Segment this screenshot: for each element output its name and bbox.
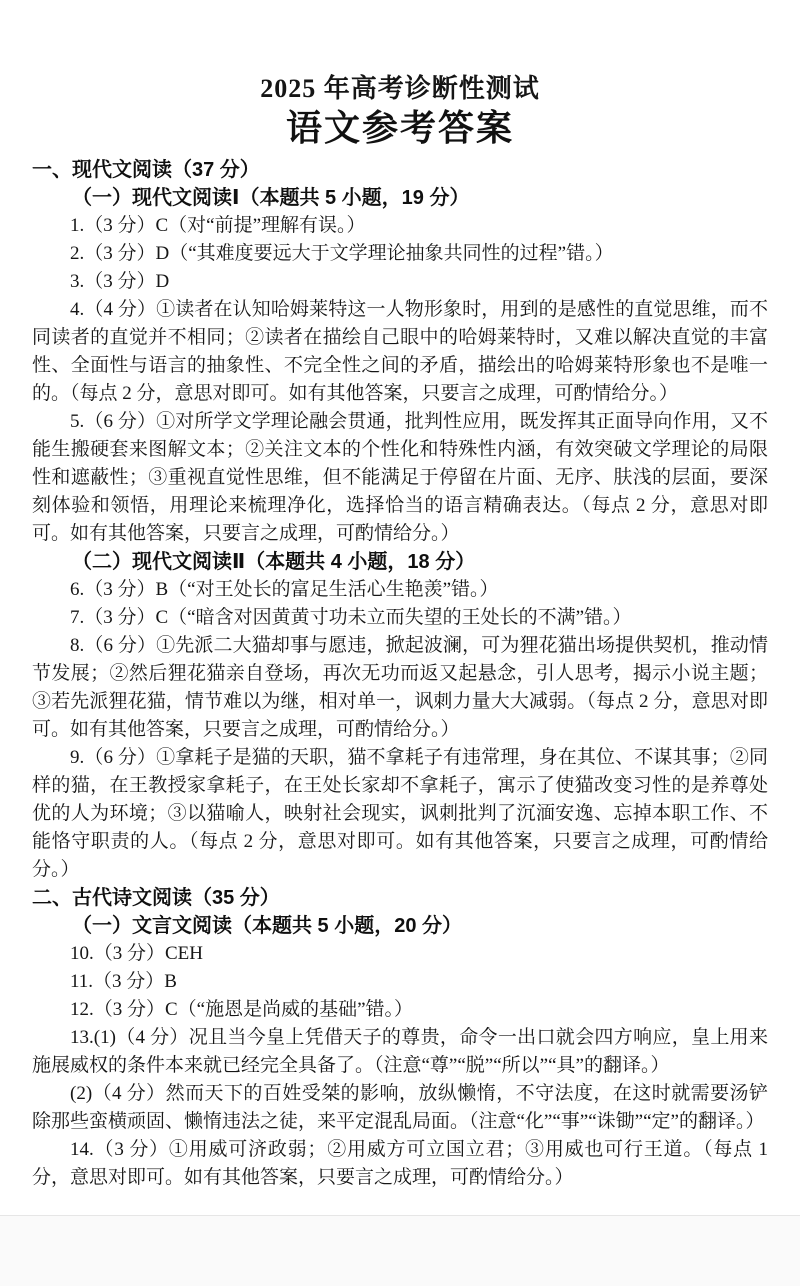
answer-item-4: 4.（4 分）①读者在认知哈姆莱特这一人物形象时，用到的是感性的直觉思维，而不同… bbox=[32, 296, 768, 408]
answer-item-9: 9.（6 分）①拿耗子是猫的天职，猫不拿耗子有违常理，身在其位、不谋其事；②同样… bbox=[32, 744, 768, 884]
doc-subtitle: 语文参考答案 bbox=[32, 106, 768, 150]
answer-item-3: 3.（3 分）D bbox=[32, 268, 768, 296]
subsection-heading-modern-reading-1: （一）现代文阅读Ⅰ（本题共 5 小题，19 分） bbox=[32, 184, 768, 212]
answer-content: 一、现代文阅读（37 分） （一）现代文阅读Ⅰ（本题共 5 小题，19 分） 1… bbox=[32, 156, 768, 1192]
subsection-heading-classical-prose: （一）文言文阅读（本题共 5 小题，20 分） bbox=[32, 912, 768, 940]
answer-item-5: 5.（6 分）①对所学文学理论融会贯通，批判性应用，既发挥其正面导向作用，又不能… bbox=[32, 408, 768, 548]
answer-item-8: 8.（6 分）①先派二大猫却事与愿违，掀起波澜，可为狸花猫出场提供契机，推动情节… bbox=[32, 632, 768, 744]
answer-item-11: 11.（3 分）B bbox=[32, 968, 768, 996]
page-bottom-edge bbox=[0, 1215, 800, 1286]
answer-item-12: 12.（3 分）C（“施恩是尚威的基础”错。） bbox=[32, 996, 768, 1024]
answer-item-2: 2.（3 分）D（“其难度要远大于文学理论抽象共同性的过程”错。） bbox=[32, 240, 768, 268]
section-heading-modern-reading: 一、现代文阅读（37 分） bbox=[32, 156, 768, 184]
answer-item-10: 10.（3 分）CEH bbox=[32, 940, 768, 968]
subsection-heading-modern-reading-2: （二）现代文阅读Ⅱ（本题共 4 小题，18 分） bbox=[32, 548, 768, 576]
answer-item-6: 6.（3 分）B（“对王处长的富足生活心生艳羡”错。） bbox=[32, 576, 768, 604]
answer-item-14: 14.（3 分）①用威可济政弱；②用威方可立国立君；③用威也可行王道。（每点 1… bbox=[32, 1136, 768, 1192]
doc-title: 2025 年高考诊断性测试 bbox=[32, 74, 768, 104]
section-heading-classical-reading: 二、古代诗文阅读（35 分） bbox=[32, 884, 768, 912]
answer-item-1: 1.（3 分）C（对“前提”理解有误。） bbox=[32, 212, 768, 240]
answer-item-13-1: 13.(1)（4 分）况且当今皇上凭借天子的尊贵，命令一出口就会四方响应，皇上用… bbox=[32, 1024, 768, 1080]
answer-item-13-2: (2)（4 分）然而天下的百姓受桀的影响，放纵懒惰，不守法度，在这时就需要汤铲除… bbox=[32, 1080, 768, 1136]
answer-sheet-page: 2025 年高考诊断性测试 语文参考答案 一、现代文阅读（37 分） （一）现代… bbox=[0, 0, 800, 1286]
answer-item-7: 7.（3 分）C（“暗含对因黄黄寸功未立而失望的王处长的不满”错。） bbox=[32, 604, 768, 632]
